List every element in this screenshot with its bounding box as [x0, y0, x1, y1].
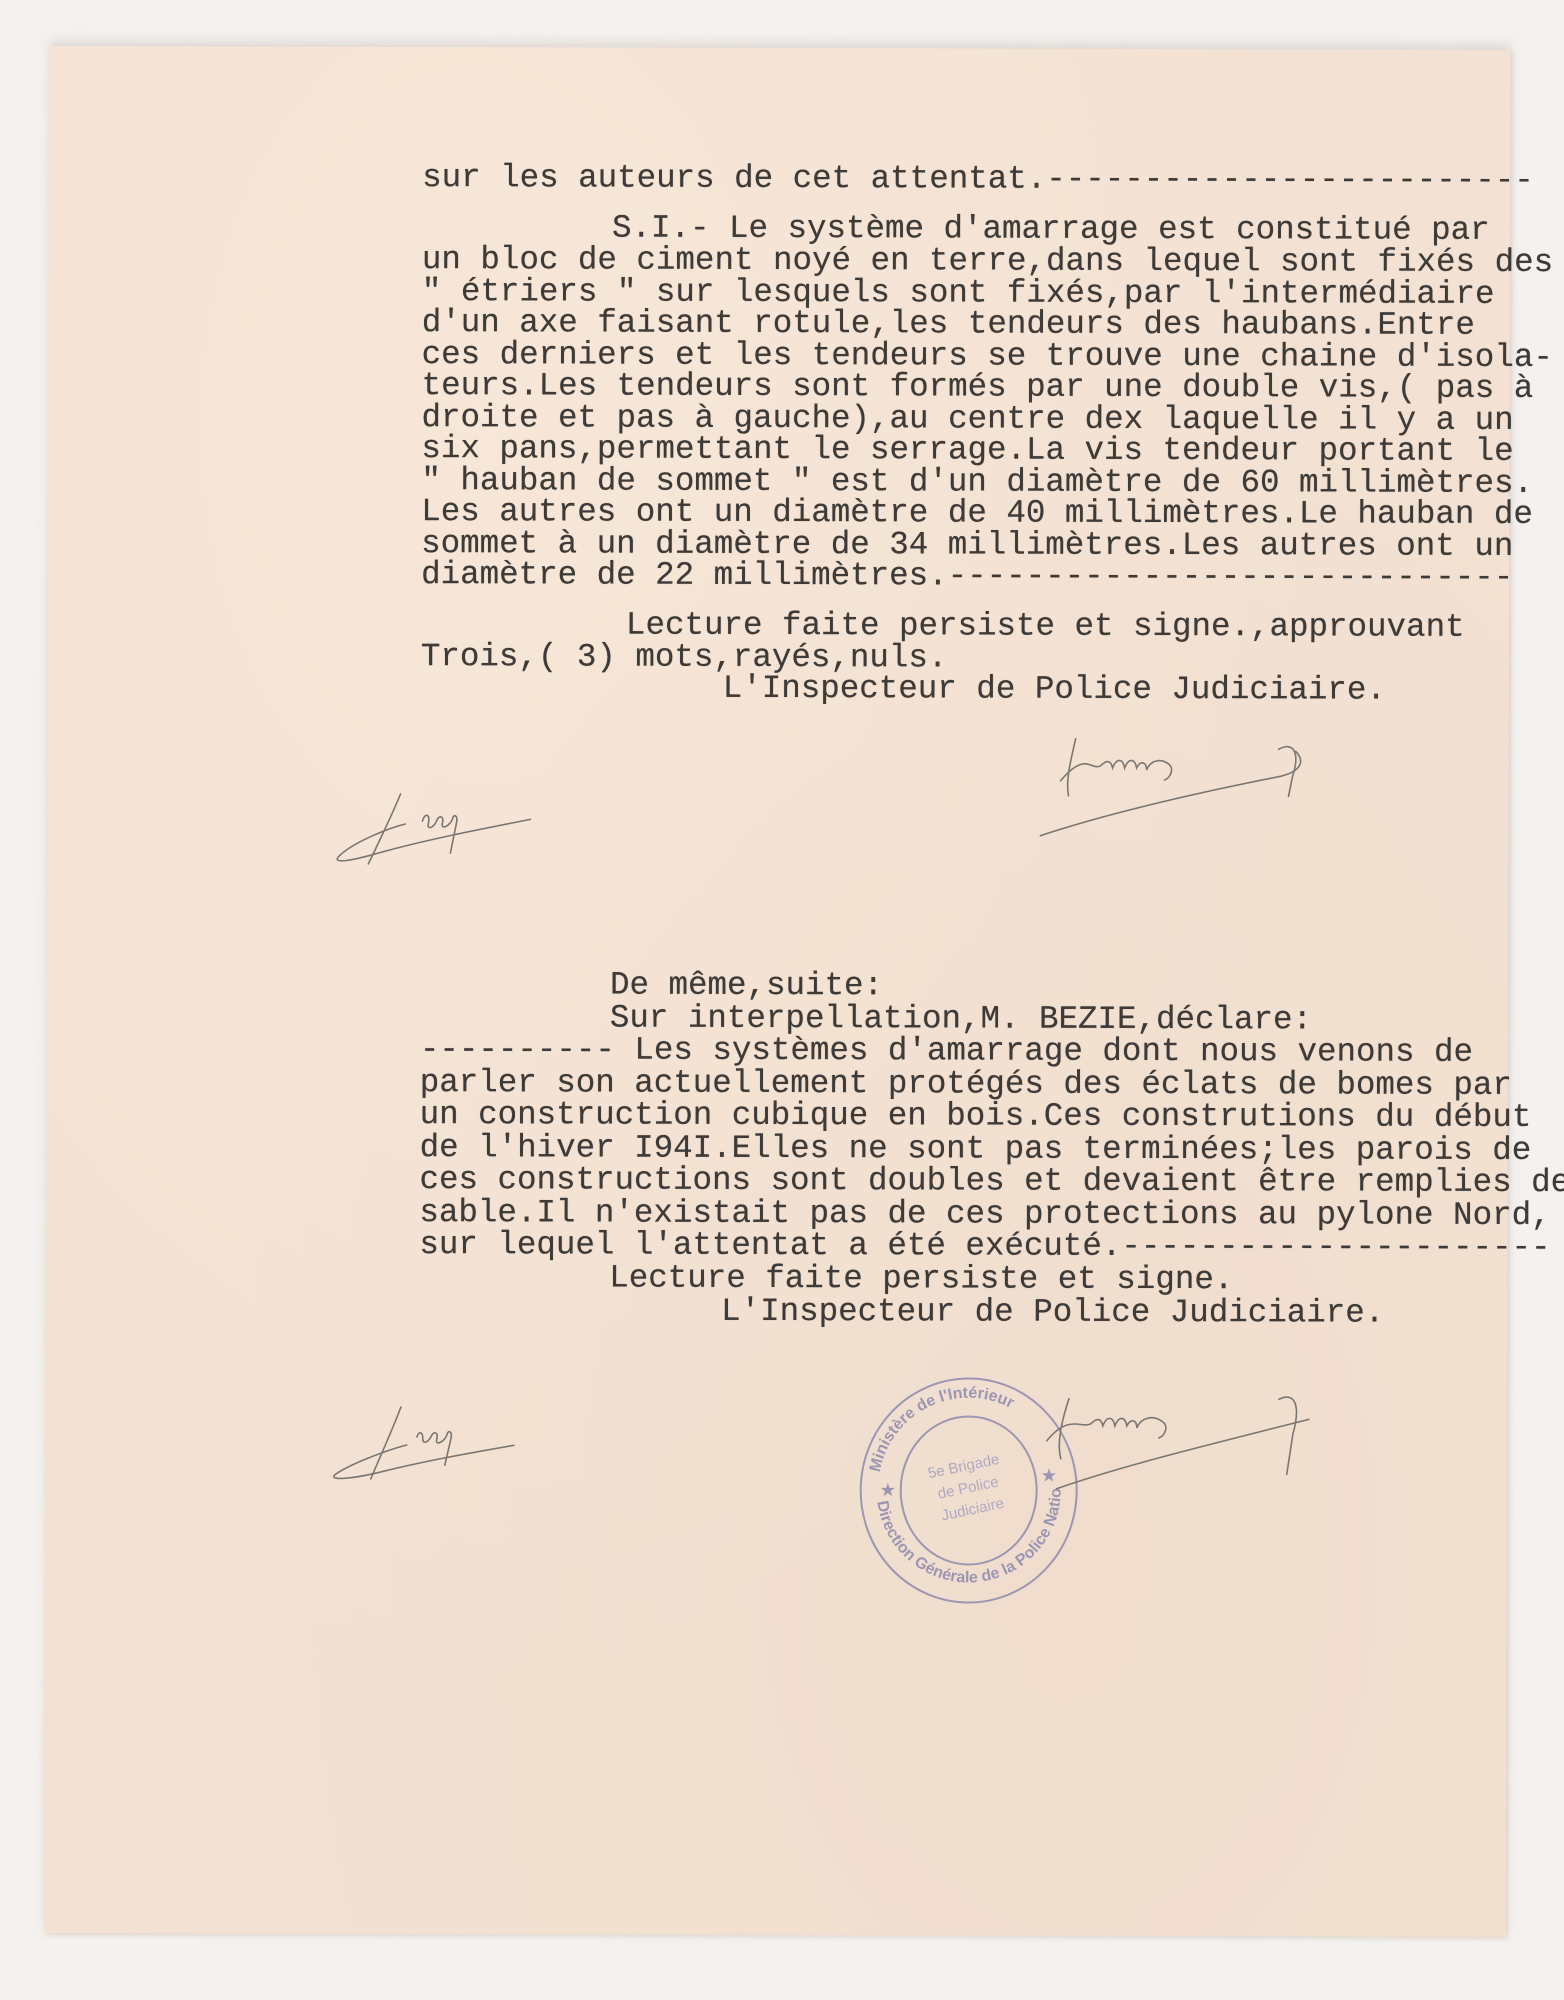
closing-line: Lecture faite persiste et signe.: [609, 1263, 1233, 1297]
star-icon: ★: [881, 1482, 896, 1499]
inspector-title: L'Inspecteur de Police Judiciaire.: [721, 1296, 1384, 1330]
show-through-text: ​: [165, 1606, 1065, 1645]
signature-inspector-2: [1009, 1379, 1349, 1520]
document-page: sur les auteurs de cet attentat.--------…: [45, 46, 1511, 1937]
signature-bezie-1: [330, 769, 570, 880]
text-line: De même,suite:: [610, 970, 883, 1003]
text-line: sur les auteurs de cet attentat.--------…: [422, 162, 1534, 197]
text-line: sur lequel l'attentat a été exécuté.----…: [419, 1229, 1550, 1264]
text-line: diamètre de 22 millimètres.-------------…: [421, 559, 1513, 594]
inspector-title: L'Inspecteur de Police Judiciaire.: [723, 673, 1386, 707]
signature-inspector-1: [1030, 721, 1350, 852]
signature-bezie-2: [329, 1387, 569, 1498]
